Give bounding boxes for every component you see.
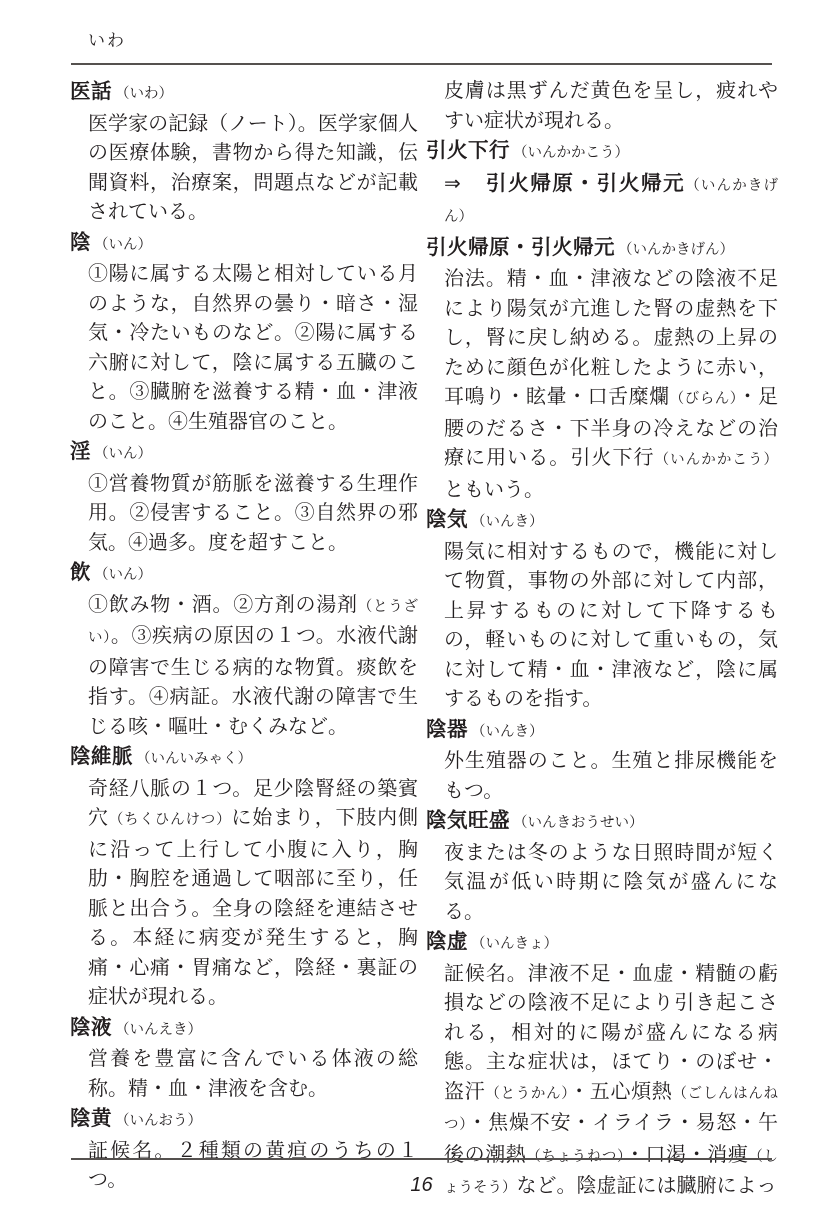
headword: 陰虚 <box>426 930 468 953</box>
dict-entry: 引火下行（いんかかこう） ⇒引火帰原・引火帰元（いんかきげん） <box>426 136 778 233</box>
dict-entry: 飲（いん） ①飲み物・酒。②方剤の湯剤（とうざい）。③疾病の原因の１つ。水液代謝… <box>70 558 418 742</box>
headword-line: 飲（いん） <box>70 558 418 591</box>
definition-text: 。③疾病の原因の１つ。水液代謝の障害で生じる病的な物質。痰飲を指す。④病証。水液… <box>88 625 418 738</box>
dict-entry: 陰（いん） ①陽に属する太陽と相対している月のような，自然界の曇り・暗さ・湿気・… <box>70 228 418 438</box>
definition-text: ・五心煩熱 <box>569 1081 672 1103</box>
definition-continuation: 皮膚は黒ずんだ黄色を呈し，疲れやすい症状が現れる。 <box>426 77 778 136</box>
definition: 営養を豊富に含んでいる体液の総称。精・血・津液を含む。 <box>70 1045 418 1104</box>
headword-reading: （いんいみゃく） <box>136 751 252 767</box>
definition-text: 営養を豊富に含んでいる体液の総称。精・血・津液を含む。 <box>88 1048 418 1100</box>
definition: 治法。精・血・津液などの陰液不足により陽気が亢進した腎の虚熱を下し，腎に戻し納め… <box>426 265 778 505</box>
dict-entry: 陰気（いんき） 陽気に相対するもので，機能に対して物質，事物の外部に対して内部，… <box>426 505 778 715</box>
headword: 陰液 <box>70 1016 112 1039</box>
definition-text: 医学家の記録（ノート）。医学家個人の医療体験，書物から得た知識，伝聞資料，治療案… <box>88 113 418 224</box>
header-rule <box>71 63 772 65</box>
definition-text: 治法。精・血・津液などの陰液不足により陽気が亢進した腎の虚熱を下し，腎に戻し納め… <box>444 268 778 408</box>
definition: 証候名。津液不足・血虚・精髄の虧損などの陰液不足により引き起こされる，相対的に陽… <box>426 960 778 1204</box>
dictionary-page: いわ 医話（いわ） 医学家の記録（ノート）。医学家個人の医療体験，書物から得た知… <box>0 0 830 1228</box>
headword-line: 陰気（いんき） <box>426 505 778 538</box>
definition: 奇経八脈の１つ。足少陰腎経の築賓穴（ちくひんけつ）に始まり，下肢内側に沿って上行… <box>70 775 418 1013</box>
definition-text: に始まり，下肢内側に沿って上行して小腹に入り，胸肋・胸腔を通過して咽部に至り，任… <box>88 807 418 1008</box>
definition-text: ①飲み物・酒。②方剤の湯剤 <box>88 594 358 616</box>
headword: 陰維脈 <box>70 745 133 768</box>
left-column: 医話（いわ） 医学家の記録（ノート）。医学家個人の医療体験，書物から得た知識，伝… <box>70 77 418 1196</box>
headword-reading: （いんき） <box>471 514 544 530</box>
dict-entry: 陰虚（いんきょ） 証候名。津液不足・血虚・精髄の虧損などの陰液不足により引き起こ… <box>426 927 778 1204</box>
headword-reading: （いんかかこう） <box>513 145 629 161</box>
headword-reading: （いんきょ） <box>471 936 558 952</box>
inline-reading: （ちくひんけつ） <box>109 812 232 828</box>
crossref-target: 引火帰原・引火帰元 <box>485 172 686 195</box>
right-column: 皮膚は黒ずんだ黄色を呈し，疲れやすい症状が現れる。 引火下行（いんかかこう） ⇒… <box>426 77 778 1204</box>
inline-reading: （びらん） <box>670 391 738 407</box>
dict-entry: 陰液（いんえき） 営養を豊富に含んでいる体液の総称。精・血・津液を含む。 <box>70 1013 418 1105</box>
headword-reading: （いんきおうせい） <box>513 815 644 831</box>
headword: 引火下行 <box>426 139 510 162</box>
dict-entry: 陰気旺盛（いんきおうせい） 夜または冬のような日照時間が短く気温が低い時期に陰気… <box>426 806 778 927</box>
definition-text: ・口渇・消痩 <box>625 1144 749 1166</box>
headword-line: 陰黄（いんおう） <box>70 1104 418 1137</box>
headword-line: 陰液（いんえき） <box>70 1013 418 1046</box>
definition: ①陽に属する太陽と相対している月のような，自然界の曇り・暗さ・湿気・冷たいものな… <box>70 260 418 437</box>
dict-entry-continuation: 皮膚は黒ずんだ黄色を呈し，疲れやすい症状が現れる。 <box>426 77 778 136</box>
guide-word: いわ <box>88 26 126 51</box>
headword-reading: （いん） <box>94 567 152 583</box>
headword-reading: （いんえき） <box>115 1022 202 1038</box>
headword-line: 医話（いわ） <box>70 77 418 110</box>
definition-text: ①営養物質が筋脈を滋養する生理作用。②侵害すること。③自然界の邪気。④過多。度を… <box>88 473 418 554</box>
headword-line: 淫（いん） <box>70 437 418 470</box>
headword: 飲 <box>70 561 91 584</box>
definition-text: 夜または冬のような日照時間が短く気温が低い時期に陰気が盛んになる。 <box>444 842 778 923</box>
definition-text: ともいう。 <box>444 479 544 501</box>
headword: 陰気旺盛 <box>426 809 510 832</box>
headword-reading: （いんき） <box>471 724 544 740</box>
headword-line: 引火下行（いんかかこう） <box>426 136 778 169</box>
dict-entry: 淫（いん） ①営養物質が筋脈を滋養する生理作用。②侵害すること。③自然界の邪気。… <box>70 437 418 558</box>
headword: 陰 <box>70 231 91 254</box>
dict-entry: 引火帰原・引火帰元（いんかきげん） 治法。精・血・津液などの陰液不足により陽気が… <box>426 233 778 506</box>
definition-text: 外生殖器のこと。生殖と排尿機能をもつ。 <box>444 750 778 802</box>
headword-reading: （いん） <box>94 237 152 253</box>
headword-line: 陰気旺盛（いんきおうせい） <box>426 806 778 839</box>
headword-line: 陰虚（いんきょ） <box>426 927 778 960</box>
dict-entry: 医話（いわ） 医学家の記録（ノート）。医学家個人の医療体験，書物から得た知識，伝… <box>70 77 418 228</box>
definition: ①飲み物・酒。②方剤の湯剤（とうざい）。③疾病の原因の１つ。水液代謝の障害で生じ… <box>70 591 418 743</box>
dict-entry: 陰維脈（いんいみゃく） 奇経八脈の１つ。足少陰腎経の築賓穴（ちくひんけつ）に始ま… <box>70 742 418 1013</box>
headword: 陰気 <box>426 508 468 531</box>
inline-reading: （いんかかこう） <box>655 452 778 468</box>
headword-reading: （いんおう） <box>115 1113 202 1129</box>
headword-line: 陰維脈（いんいみゃく） <box>70 742 418 775</box>
definition: ①営養物質が筋脈を滋養する生理作用。②侵害すること。③自然界の邪気。④過多。度を… <box>70 470 418 559</box>
headword: 引火帰原・引火帰元 <box>426 236 615 259</box>
headword: 陰器 <box>426 718 468 741</box>
page-number: 16 <box>71 1174 772 1197</box>
definition-text: 陽気に相対するもので，機能に対して物質，事物の外部に対して内部，上昇するものに対… <box>444 541 778 711</box>
footer-rule <box>71 1158 772 1160</box>
definition-text: 皮膚は黒ずんだ黄色を呈し，疲れやすい症状が現れる。 <box>444 80 778 132</box>
definition-text: ①陽に属する太陽と相対している月のような，自然界の曇り・暗さ・湿気・冷たいものな… <box>88 263 418 433</box>
definition: 医学家の記録（ノート）。医学家個人の医療体験，書物から得た知識，伝聞資料，治療案… <box>70 110 418 228</box>
headword: 医話 <box>70 80 112 103</box>
headword: 陰黄 <box>70 1107 112 1130</box>
headword-line: 陰器（いんき） <box>426 715 778 748</box>
headword-line: 陰（いん） <box>70 228 418 261</box>
headword-reading: （いんかきげん） <box>618 242 734 258</box>
headword-line: 引火帰原・引火帰元（いんかきげん） <box>426 233 778 266</box>
crossref-arrow-icon: ⇒ <box>444 173 461 195</box>
definition: 夜または冬のような日照時間が短く気温が低い時期に陰気が盛んになる。 <box>426 839 778 928</box>
inline-reading: （とうかん） <box>485 1086 569 1102</box>
inline-reading: （ちょうねつ） <box>526 1149 624 1165</box>
dict-entry: 陰器（いんき） 外生殖器のこと。生殖と排尿機能をもつ。 <box>426 715 778 807</box>
headword-reading: （いん） <box>94 446 152 462</box>
definition: 外生殖器のこと。生殖と排尿機能をもつ。 <box>426 747 778 806</box>
headword: 淫 <box>70 440 91 463</box>
headword-reading: （いわ） <box>115 86 173 102</box>
definition: 陽気に相対するもので，機能に対して物質，事物の外部に対して内部，上昇するものに対… <box>426 538 778 715</box>
cross-reference: ⇒引火帰原・引火帰元（いんかきげん） <box>426 169 778 233</box>
